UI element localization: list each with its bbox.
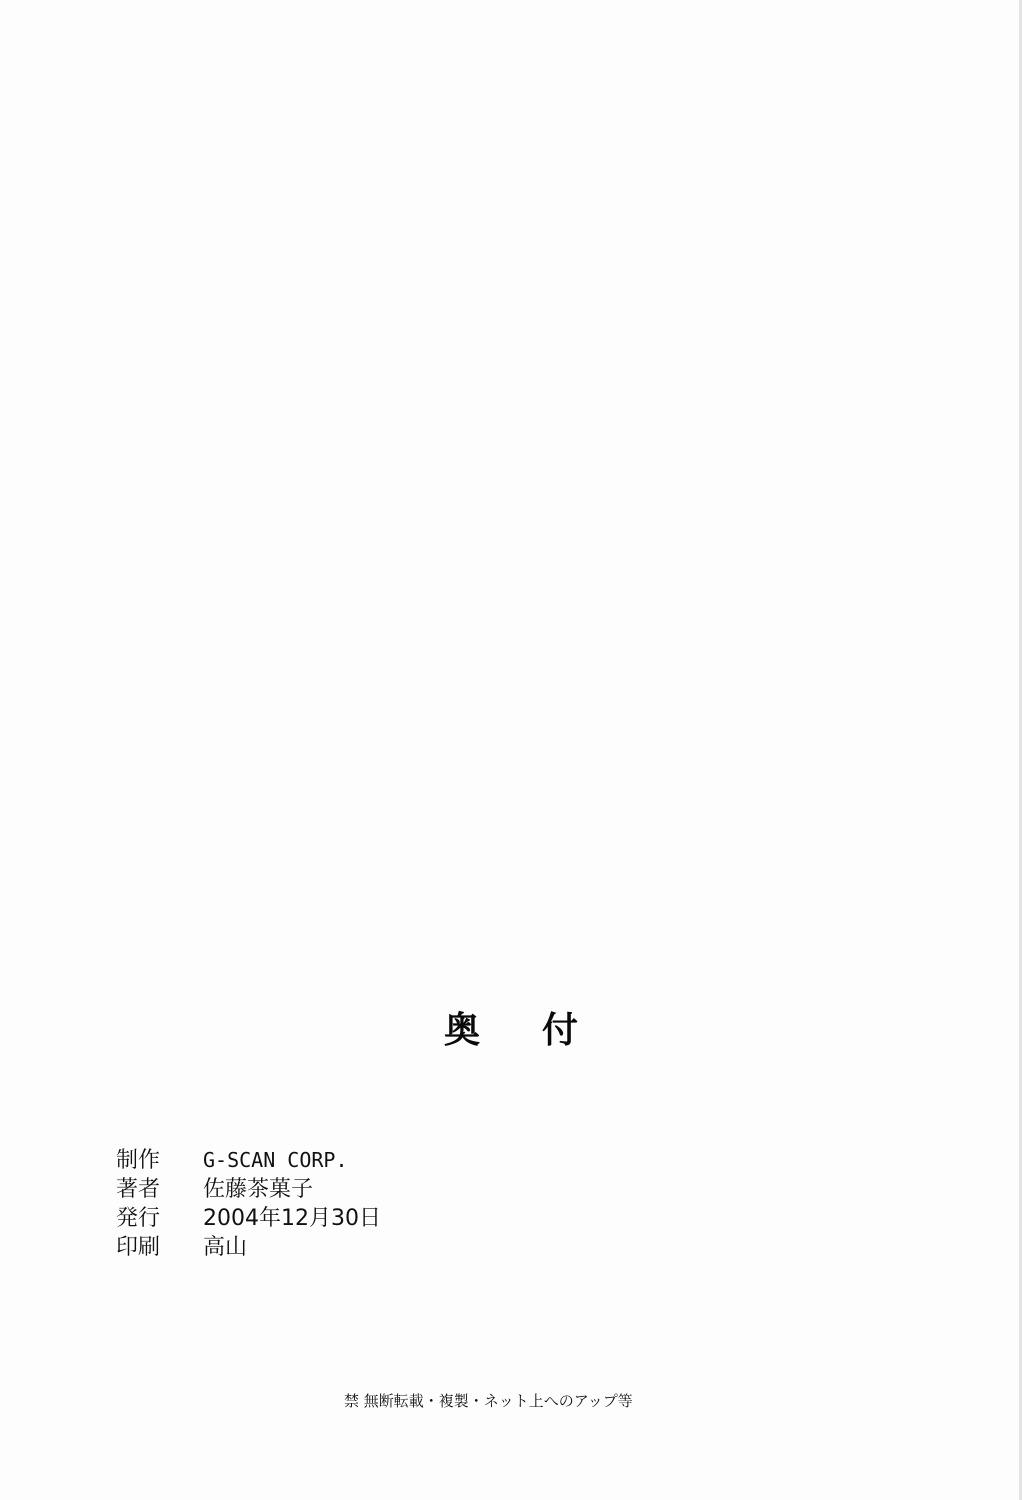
colophon-block: 制作 G-SCAN CORP. 著者 佐藤茶菓子 発行 2004年12月30日 …: [116, 1146, 381, 1262]
colophon-value: G-SCAN CORP.: [203, 1146, 348, 1175]
colophon-value: 佐藤茶菓子: [203, 1175, 313, 1204]
colophon-row-publication-date: 発行 2004年12月30日: [116, 1204, 381, 1233]
colophon-label: 発行: [116, 1204, 203, 1233]
colophon-value: 2004年12月30日: [203, 1204, 381, 1233]
colophon-row-production: 制作 G-SCAN CORP.: [116, 1146, 381, 1175]
colophon-label: 著者: [116, 1175, 203, 1204]
colophon-row-printer: 印刷 高山: [116, 1233, 381, 1262]
colophon-label: 印刷: [116, 1233, 203, 1262]
colophon-row-author: 著者 佐藤茶菓子: [116, 1175, 381, 1204]
colophon-value: 高山: [203, 1233, 247, 1262]
colophon-label: 制作: [116, 1146, 203, 1175]
copyright-notice: 禁 無断転載・複製・ネット上へのアップ等: [344, 1390, 633, 1411]
page-title: 奥付: [0, 1002, 1022, 1053]
